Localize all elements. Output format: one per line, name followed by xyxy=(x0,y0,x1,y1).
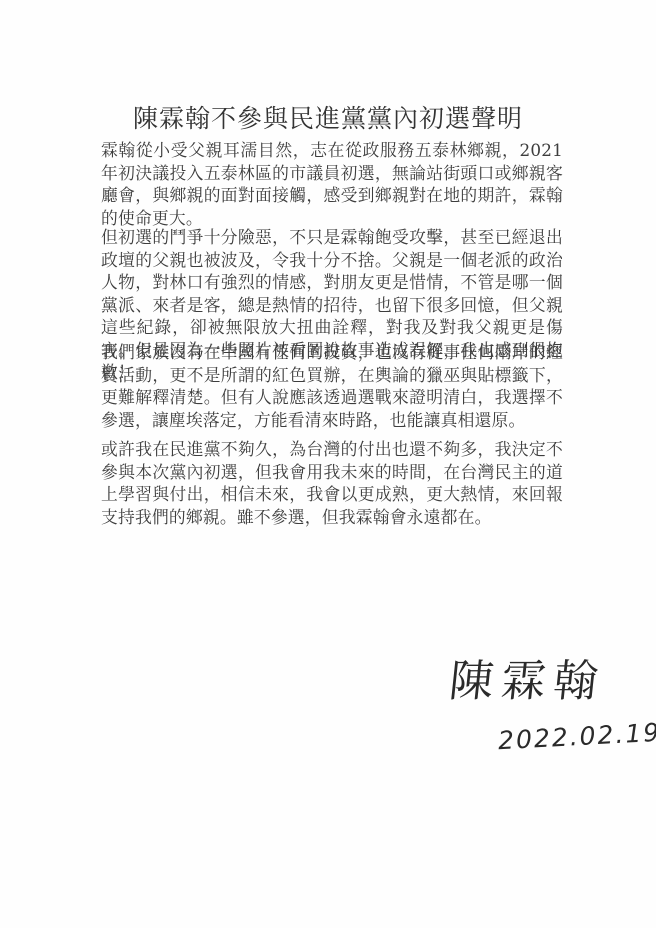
statement-title: 陳霖翰不參與民進黨黨內初選聲明 xyxy=(0,99,656,135)
paragraph-background: 霖翰從小受父親耳濡目然，志在從政服務五泰林鄉親，2021 年初決議投入五泰林區的… xyxy=(101,139,563,229)
paragraph-decision: 或許我在民進黨不夠久，為台灣的付出也還不夠多，我決定不參與本次黨內初選，但我會用… xyxy=(101,438,563,528)
handwritten-date: 2022.02.19 xyxy=(497,718,656,755)
paragraph-no-china-investment: 我們家族沒有在中國有任何的投資，也沒有從事任何兩岸的經貿活動，更不是所謂的紅色買… xyxy=(101,341,563,431)
handwritten-signature: 陳霖翰 xyxy=(447,645,610,709)
scanned-statement-page: 陳霖翰不參與民進黨黨內初選聲明 霖翰從小受父親耳濡目然，志在從政服務五泰林鄉親，… xyxy=(0,0,656,928)
